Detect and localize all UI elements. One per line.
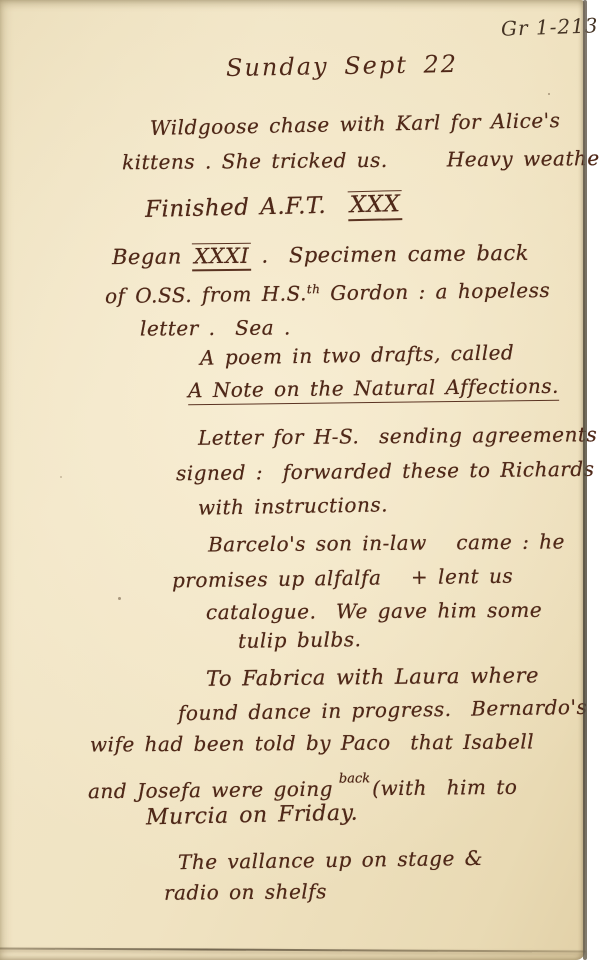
handwritten-text: of O.SS. from H.S. [105, 281, 307, 308]
date-heading: Sunday Sept 22 [226, 50, 459, 82]
manuscript-line: Began XXXI . Specimen came back [112, 241, 529, 269]
handwritten-text: XXX [347, 190, 402, 221]
manuscript-line: tulip bulbs. [238, 627, 362, 653]
handwritten-text: tulip bulbs. [238, 627, 362, 653]
handwritten-text: Gordon : a hopeless [320, 278, 550, 305]
handwritten-text: found dance in progress. Bernardo's [178, 695, 588, 725]
inserted-word: back [339, 771, 370, 786]
handwritten-text: Wildgoose chase with Karl for Alice's [150, 108, 561, 140]
handwritten-text: XXXI [192, 243, 251, 272]
manuscript-line: A poem in two drafts, called [200, 340, 515, 369]
handwritten-text: A poem in two drafts, called [200, 340, 515, 369]
manuscript-line: Finished A.F.T. XXX [145, 191, 403, 223]
manuscript-line: signed : forwarded these to Richards [176, 457, 595, 485]
handwritten-text: The vallance up on stage & [178, 846, 483, 874]
handwritten-text: and Josefa were going [88, 777, 333, 804]
handwritten-text: th [307, 282, 321, 296]
handwritten-text: radio on shelfs [164, 879, 327, 904]
handwritten-text: A Note on the Natural Affections. [188, 374, 559, 406]
handwritten-text: . Specimen came back [251, 241, 529, 268]
handwritten-text: To Fabrica with Laura where [206, 663, 539, 690]
manuscript-line: letter . Sea . [140, 315, 291, 340]
manuscript-line: radio on shelfs [164, 879, 327, 904]
paper-speck [60, 476, 62, 478]
handwritten-text: letter . Sea . [140, 315, 291, 340]
handwritten-text: catalogue. We gave him some [206, 598, 542, 624]
handwritten-text: (with him to [372, 775, 517, 801]
manuscript-line: wife had been told by Paco that Isabell [90, 729, 534, 756]
manuscript-line: Barcelo's son in-law came : he [208, 529, 565, 556]
manuscript-line: kittens . She tricked us. Heavy weather … [122, 146, 600, 174]
manuscript-line: with instructions. [198, 492, 388, 519]
bottom-crease [0, 947, 586, 952]
manuscript-line: To Fabrica with Laura where [206, 663, 539, 690]
manuscript-line: The vallance up on stage & [178, 846, 483, 874]
manuscript-line: and Josefa were goingback(with him to [88, 770, 518, 803]
manuscript-line: of O.SS. from H.S.th Gordon : a hopeless [105, 278, 550, 308]
paper-sheet: Gr 1-213 Sunday Sept 22 Wildgoose chase … [0, 0, 585, 960]
paper-speck [548, 93, 550, 95]
manuscript-line: A Note on the Natural Affections. [188, 374, 559, 403]
handwritten-text: with instructions. [198, 492, 388, 519]
handwritten-text: signed : forwarded these to Richards [176, 457, 595, 485]
handwritten-text: Finished A.F.T. [145, 192, 348, 223]
manuscript-line: catalogue. We gave him some [206, 598, 542, 624]
manuscript-line: found dance in progress. Bernardo's [178, 695, 588, 725]
handwritten-text: Began [112, 244, 192, 269]
manuscript-line: promises up alfalfa + lent us [172, 564, 514, 593]
handwritten-text: kittens . She tricked us. Heavy weather … [122, 146, 600, 174]
manuscript-line: Wildgoose chase with Karl for Alice's [150, 108, 561, 140]
handwritten-text: Murcia on Friday. [146, 801, 359, 831]
paper-edge [583, 0, 587, 960]
manuscript-line: Murcia on Friday. [146, 801, 359, 831]
handwritten-text: Barcelo's son in-law came : he [208, 529, 565, 556]
handwritten-text: promises up alfalfa + lent us [172, 564, 514, 593]
handwritten-text: Letter for H-S. sending agreements [198, 422, 597, 449]
handwritten-text: wife had been told by Paco that Isabell [90, 729, 534, 756]
paper-speck [118, 597, 121, 600]
scanned-page: Gr 1-213 Sunday Sept 22 Wildgoose chase … [0, 0, 600, 960]
manuscript-line: Letter for H-S. sending agreements [198, 422, 597, 449]
